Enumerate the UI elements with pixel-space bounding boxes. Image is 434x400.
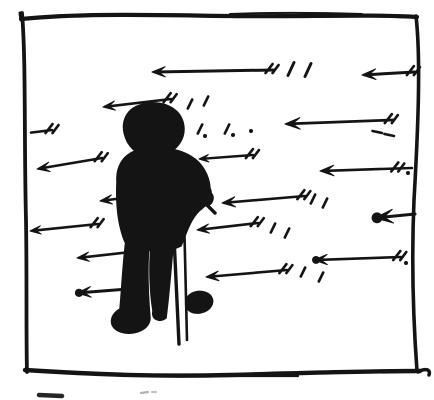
wind-arrow (37, 152, 108, 171)
arrow-shaft (40, 158, 102, 168)
cyclist-right-foot (186, 291, 213, 313)
frame-border-stroke (25, 370, 420, 376)
arrow-fletching (46, 124, 53, 133)
frame-border-stroke (20, 13, 21, 20)
wind-streak-dot (203, 134, 207, 138)
wind-streak-dot (406, 171, 410, 175)
wind-streak-tick (285, 229, 289, 238)
wind-streak-tick (301, 268, 305, 277)
arrow-fletching (91, 218, 98, 227)
wind-streak-tick (311, 195, 315, 204)
wind-arrow (372, 209, 415, 223)
sketch-page (0, 0, 434, 400)
wind-arrow (199, 149, 259, 162)
arrow-fletching (297, 190, 304, 199)
wind-arrow (152, 64, 279, 77)
wind-arrow (362, 66, 420, 79)
wind-arrow (222, 190, 310, 207)
wind-streak-dash (385, 134, 395, 136)
caption-remnant-mark (39, 395, 62, 396)
wind-arrow (197, 217, 264, 233)
wind-streak-tick (225, 125, 229, 134)
arrow-fletching (391, 162, 398, 171)
cyclist-right-leg (150, 245, 173, 320)
wind-streak-tick (323, 199, 327, 208)
arrowhead-blob (372, 212, 383, 223)
arrow-shaft (155, 70, 274, 72)
arrow-shaft (33, 224, 98, 231)
arrow-fletching (253, 150, 259, 158)
arrow-fletching (53, 125, 59, 133)
frame-border-stroke (418, 370, 429, 375)
wind-arrow (312, 251, 406, 265)
frame-border-stroke (21, 15, 417, 19)
wind-arrow (206, 264, 292, 281)
cyclist-headwind-sketch (0, 0, 434, 400)
arrow-shaft (288, 120, 393, 124)
wind-streak-slash (305, 64, 311, 77)
arrow-shaft (317, 257, 401, 260)
arrow-fletching (393, 251, 400, 260)
wind-streak-dash (373, 131, 383, 133)
arrow-fletching (251, 217, 258, 226)
wind-arrow (31, 124, 59, 133)
wind-streak-tick (319, 273, 323, 282)
wind-arrow (30, 218, 104, 234)
arrowhead-blob (75, 289, 83, 297)
wind-arrow (77, 252, 131, 261)
arrow-fletching (407, 66, 414, 75)
arrow-fletching (279, 264, 286, 273)
frame-border-stroke (230, 13, 362, 14)
arrow-fletching (385, 114, 392, 123)
arrow-shaft (209, 270, 287, 277)
arrow-fletching (246, 149, 253, 158)
wind-streak-tick (198, 125, 202, 134)
arrow-shaft (225, 196, 305, 203)
wind-streak-dot (249, 129, 253, 133)
wind-streak-dot (231, 133, 235, 137)
wind-streak-tick (188, 100, 192, 109)
arrow-fletching (164, 93, 171, 102)
arrowhead-blob (312, 256, 320, 264)
caption-remnant-mark (141, 392, 148, 393)
wind-arrow (285, 114, 398, 129)
frame-border-stroke (22, 13, 27, 372)
arrow-fletching (266, 64, 273, 73)
wind-streak-tick (271, 224, 275, 233)
wind-streak-tick (204, 97, 208, 106)
wind-streak-slash (288, 63, 294, 76)
wind-arrow (320, 162, 412, 175)
wind-streak-dot (404, 261, 408, 265)
